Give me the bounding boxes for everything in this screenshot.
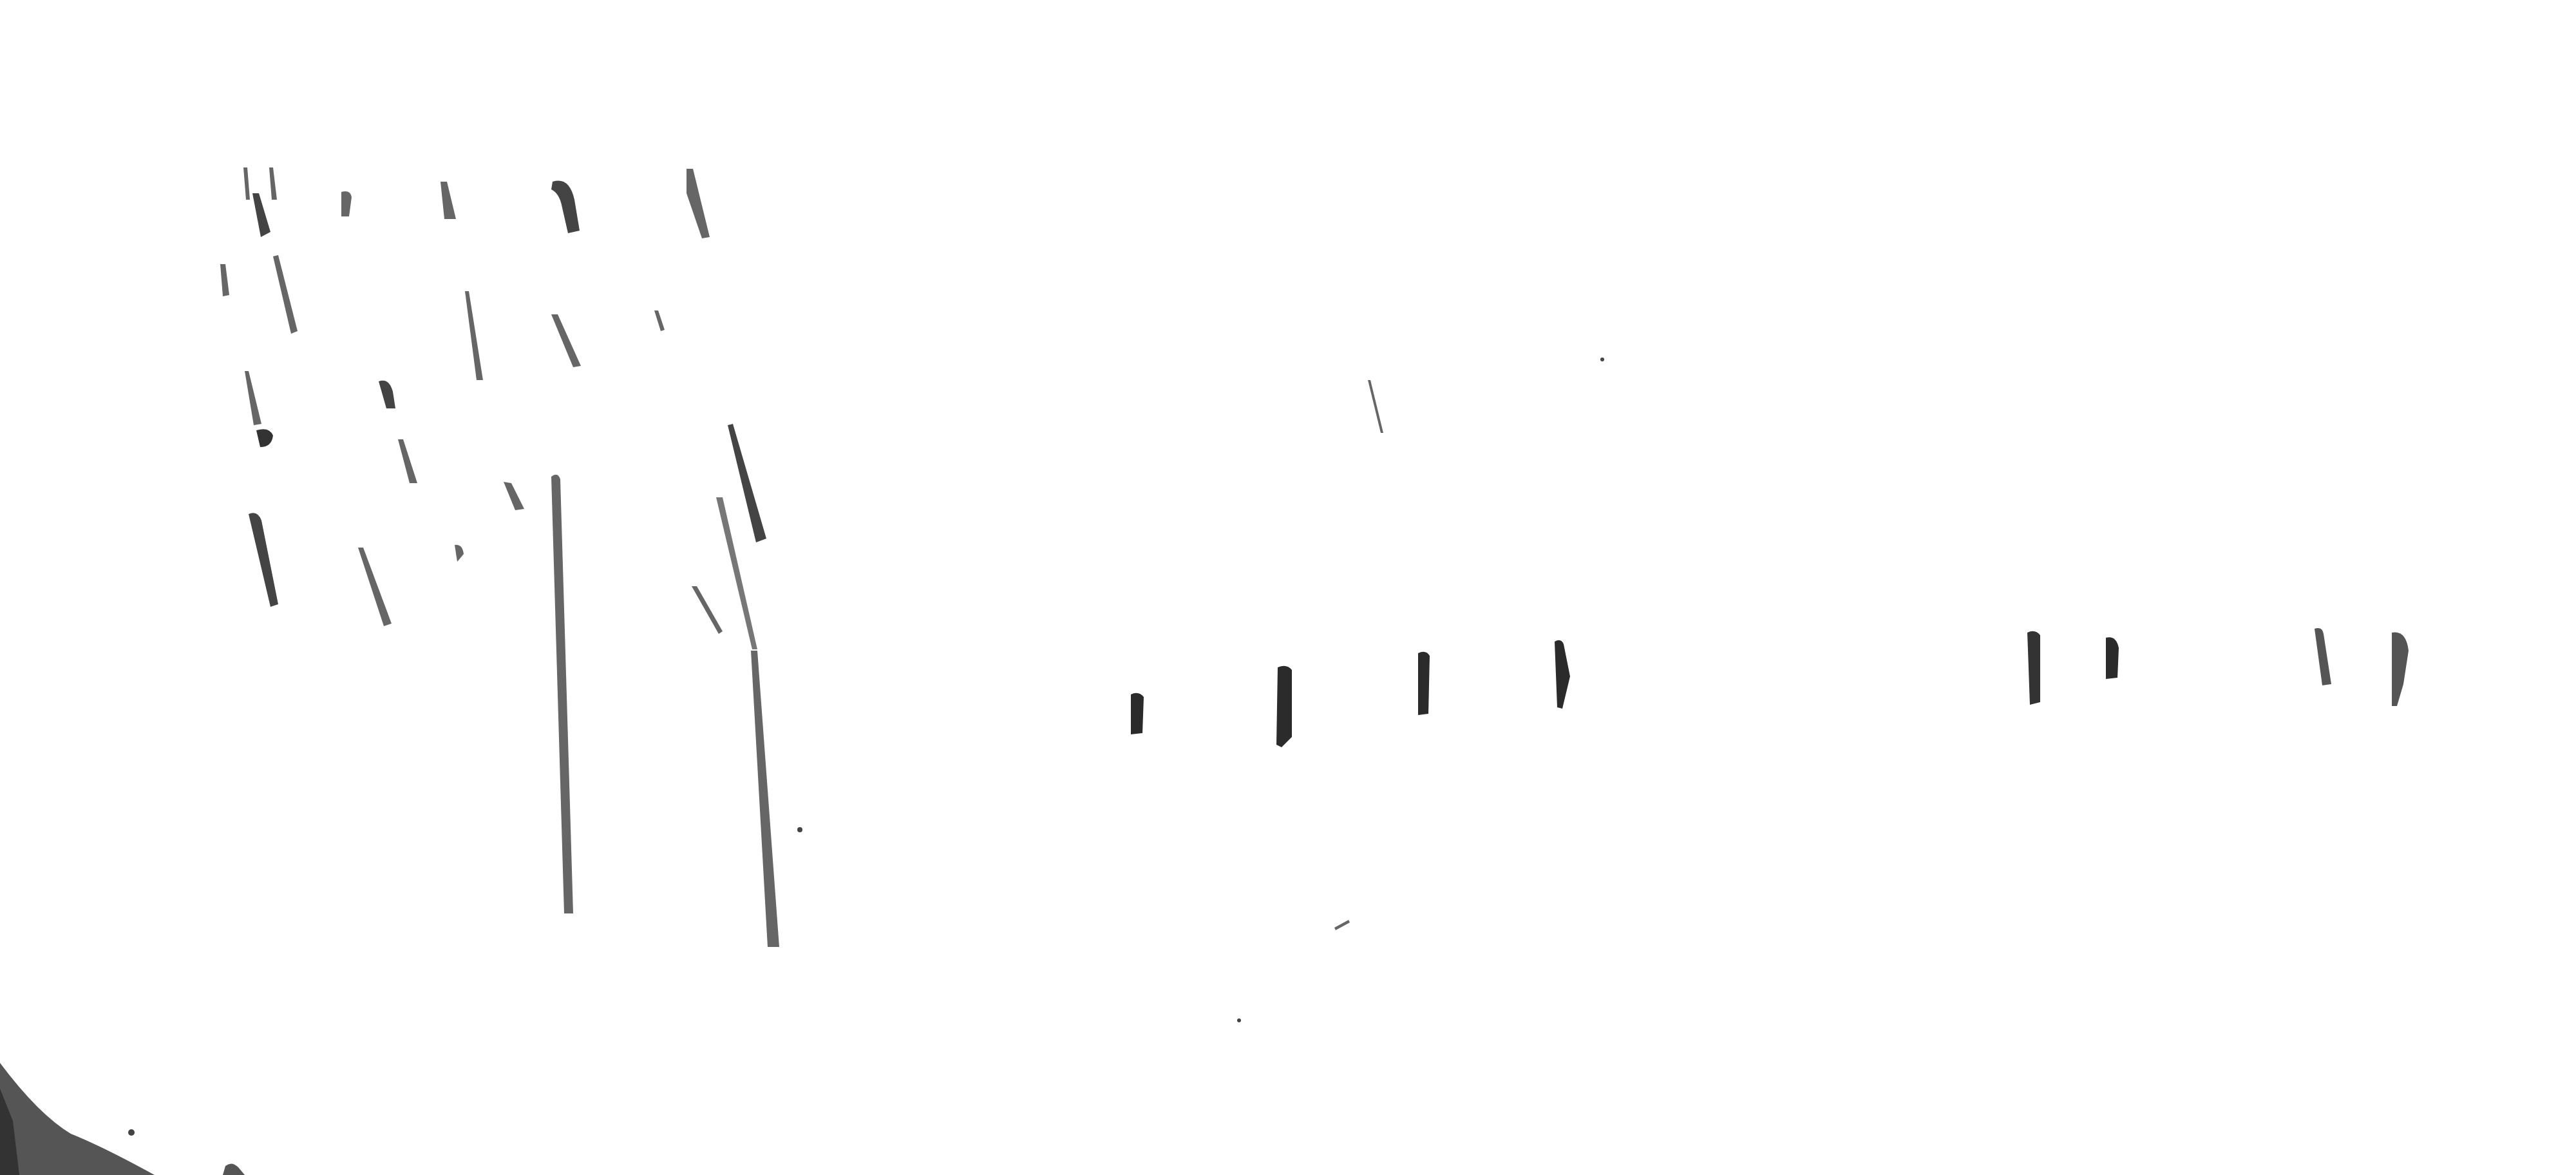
specks [128,358,1604,1136]
center-row [1131,640,1570,747]
corner-shadow [0,1063,245,1175]
left-cluster [220,167,779,947]
brush-marks-photo [0,0,2576,1175]
right-row [2027,628,2409,706]
